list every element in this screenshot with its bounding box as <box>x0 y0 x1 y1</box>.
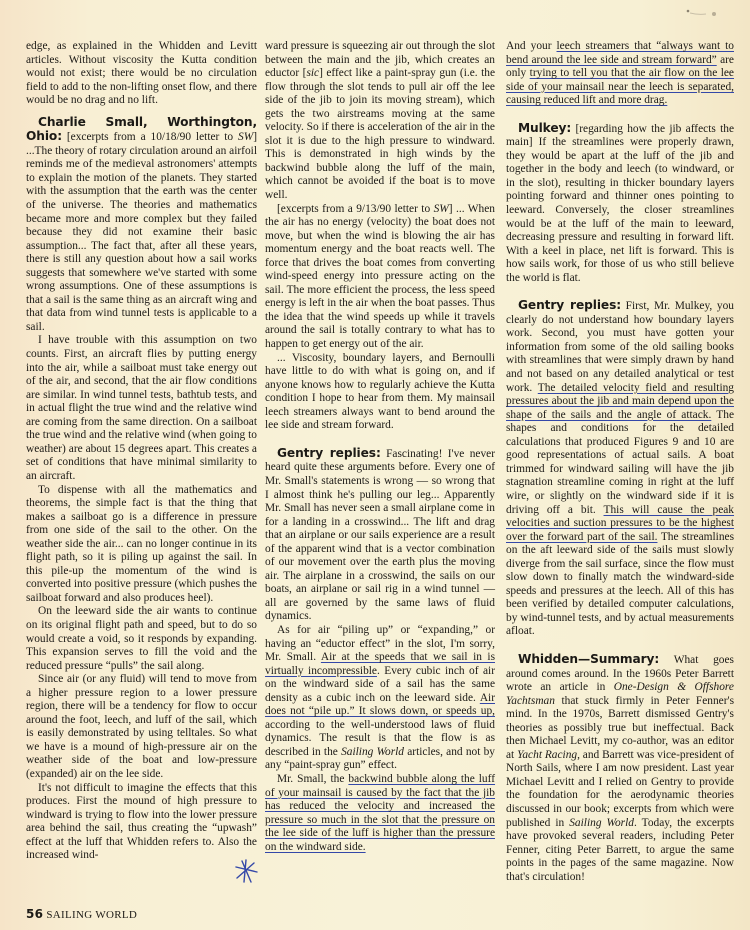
summary-paragraph: Whidden—Summary: What goes around comes … <box>506 653 734 884</box>
paragraph: And your leech streamers that “always wa… <box>506 40 734 108</box>
paragraph: As for air “piling up” or “expanding,” o… <box>265 624 495 773</box>
paragraph: To dispense with all the mathematics and… <box>26 484 257 606</box>
section-heading: Whidden—Summary: <box>518 652 659 666</box>
paragraph: ward pressure is squeezing air out throu… <box>265 40 495 203</box>
paragraph: It's not difficult to imagine the effect… <box>26 782 257 863</box>
paragraph: edge, as explained in the Whidden and Le… <box>26 40 257 108</box>
page-number: 56 <box>26 907 43 921</box>
paragraph: ... Viscosity, boundary layers, and Bern… <box>265 352 495 433</box>
section-heading: Gentry replies: <box>518 298 621 312</box>
letter-paragraph: Mulkey: [regarding how the jib affects t… <box>506 122 734 286</box>
paragraph: Mr. Small, the backwind bubble along the… <box>265 773 495 854</box>
reply-paragraph: Gentry replies: First, Mr. Mulkey, you c… <box>506 299 734 639</box>
column-3: And your leech streamers that “always wa… <box>506 40 734 884</box>
paragraph: On the leeward side the air wants to con… <box>26 605 257 673</box>
magazine-title: SAILING WORLD <box>46 909 137 921</box>
paragraph: I have trouble with this assumption on t… <box>26 334 257 483</box>
pen-underline: trying to tell you that the air flow on … <box>506 67 734 106</box>
page-footer: 56 SAILING WORLD <box>26 907 137 921</box>
paragraph: Since air (or any fluid) will tend to mo… <box>26 673 257 781</box>
column-2: ward pressure is squeezing air out throu… <box>265 40 495 854</box>
pen-underline: The detailed velocity field and resultin… <box>506 382 734 421</box>
section-heading: Gentry replies: <box>277 446 381 460</box>
paragraph: [excerpts from a 9/13/90 letter to SW] .… <box>265 203 495 352</box>
section-heading: Mulkey: <box>518 121 571 135</box>
ink-smudge-icon <box>684 8 720 18</box>
reply-paragraph: Gentry replies: Fascinating! I've never … <box>265 447 495 624</box>
letter-paragraph: Charlie Small, Worthington, Ohio: [excer… <box>26 116 257 335</box>
star-pen-mark-icon <box>233 858 259 884</box>
column-1: edge, as explained in the Whidden and Le… <box>26 40 257 863</box>
